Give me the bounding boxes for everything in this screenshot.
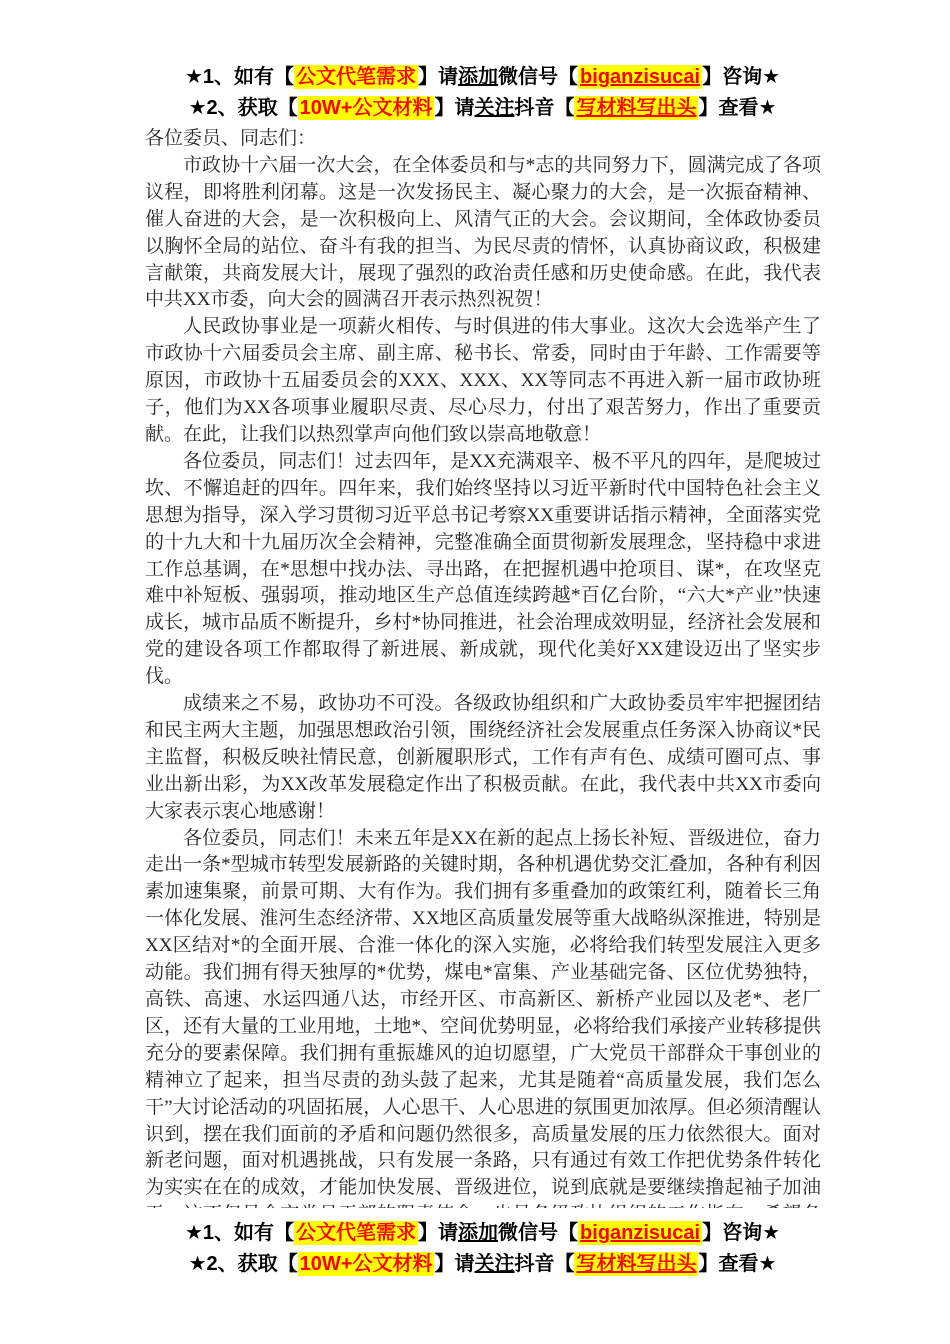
paragraph-election-results: 人民政协事业是一项薪火相传、与时俱进的伟大事业。这次大会选举产生了市政协十六届委… xyxy=(145,314,821,449)
underline-follow-text: 关注 xyxy=(474,1253,514,1275)
paragraph-thanks: 成绩来之不易，政协功不可没。各级政协组织和广大政协委员牢牢把握团结和民主两大主题… xyxy=(145,691,821,826)
promo-text: 抖音【 xyxy=(514,1253,574,1275)
highlight-wechat-id: biganzisucai xyxy=(578,1221,702,1245)
highlight-douyin-id: 写材料写出头 xyxy=(574,1252,698,1276)
promo-text: ★2、获取【 xyxy=(189,97,298,119)
speech-body: 各位委员、同志们： 市政协十六届一次大会，在全体委员和与*志的共同努力下，圆满完… xyxy=(145,126,821,1208)
highlight-douyin-id: 写材料写出头 xyxy=(574,96,698,120)
promo-line-2: ★2、获取【10W+公文材料】请关注抖音【写材料写出头】查看★ xyxy=(145,1249,820,1280)
promo-text: ★1、如有【 xyxy=(185,1222,294,1244)
promo-text: 】请 xyxy=(418,66,458,88)
promo-text: 微信号【 xyxy=(498,66,578,88)
highlight-material-pack: 10W+公文材料 xyxy=(298,96,435,120)
promo-banner-bottom: ★1、如有【公文代笔需求】请添加微信号【biganzisucai】咨询★ ★2、… xyxy=(145,1218,820,1280)
promo-text: 】咨询★ xyxy=(702,1222,780,1244)
highlight-material-pack: 10W+公文材料 xyxy=(298,1252,435,1276)
promo-text: ★1、如有【 xyxy=(185,66,294,88)
highlight-writing-service: 公文代笔需求 xyxy=(294,1221,418,1245)
promo-text: 】咨询★ xyxy=(702,66,780,88)
salutation: 各位委员、同志们： xyxy=(145,126,821,153)
underline-follow-text: 关注 xyxy=(474,97,514,119)
promo-text: 抖音【 xyxy=(514,97,574,119)
promo-text: 】请 xyxy=(418,1222,458,1244)
promo-text: 】请 xyxy=(434,97,474,119)
promo-text: ★2、获取【 xyxy=(189,1253,298,1275)
paragraph-next-five-years: 各位委员，同志们！未来五年是XX在新的起点上扬长补短、晋级进位，奋力走出一条*型… xyxy=(145,826,821,1208)
promo-line-1: ★1、如有【公文代笔需求】请添加微信号【biganzisucai】咨询★ xyxy=(145,62,820,93)
promo-line-1: ★1、如有【公文代笔需求】请添加微信号【biganzisucai】咨询★ xyxy=(145,1218,820,1249)
paragraph-past-four-years: 各位委员，同志们！过去四年，是XX充满艰辛、极不平凡的四年，是爬坡过坎、不懈追赶… xyxy=(145,449,821,691)
highlight-writing-service: 公文代笔需求 xyxy=(294,65,418,89)
promo-line-2: ★2、获取【10W+公文材料】请关注抖音【写材料写出头】查看★ xyxy=(145,93,820,124)
document-page: ★1、如有【公文代笔需求】请添加微信号【biganzisucai】咨询★ ★2、… xyxy=(0,0,950,1344)
underline-add-text: 添加 xyxy=(458,1222,498,1244)
highlight-wechat-id: biganzisucai xyxy=(578,65,702,89)
underline-add-text: 添加 xyxy=(458,66,498,88)
promo-text: 微信号【 xyxy=(498,1222,578,1244)
paragraph-congratulations: 市政协十六届一次大会，在全体委员和与*志的共同努力下，圆满完成了各项议程，即将胜… xyxy=(145,153,821,314)
promo-banner-top: ★1、如有【公文代笔需求】请添加微信号【biganzisucai】咨询★ ★2、… xyxy=(145,62,820,124)
promo-text: 】查看★ xyxy=(698,97,776,119)
promo-text: 】请 xyxy=(434,1253,474,1275)
promo-text: 】查看★ xyxy=(698,1253,776,1275)
